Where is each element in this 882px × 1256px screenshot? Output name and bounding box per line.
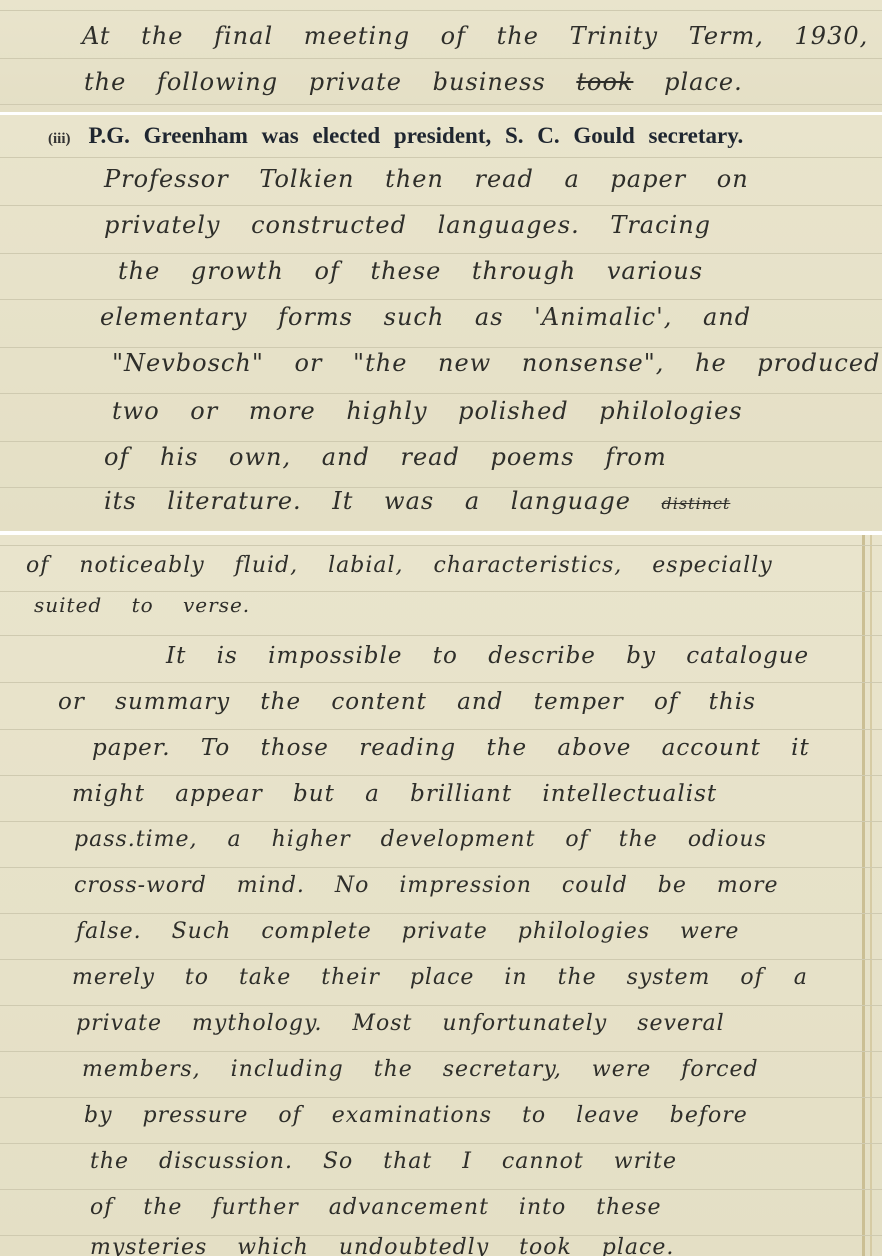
line-text: the growth of these through various — [118, 257, 703, 285]
manuscript-strip-3: of noticeably fluid, labial, characteris… — [0, 535, 882, 1256]
ruled-line — [0, 157, 882, 158]
ruled-line — [0, 205, 882, 206]
item-number: (iii) — [48, 131, 71, 147]
ruled-line — [0, 393, 882, 394]
line-text: At the final meeting of the Trinity Term… — [82, 22, 868, 50]
line-text: elementary forms such as 'Animalic', and — [100, 303, 751, 331]
handwritten-line: elementary forms such as 'Animalic', and — [0, 303, 882, 331]
line-text: merely to take their place in the system… — [72, 965, 808, 990]
election-heading: (iii)P.G. Greenham was elected president… — [0, 123, 882, 149]
line-text: pass.time, a higher development of the o… — [74, 827, 767, 852]
handwritten-line: At the final meeting of the Trinity Term… — [0, 22, 882, 50]
handwritten-line: false. Such complete private philologies… — [0, 919, 882, 944]
line-text: cross-word mind. No impression could be … — [74, 873, 779, 898]
handwritten-line: mysteries which undoubtedly took place. — [0, 1235, 882, 1256]
line-text: or summary the content and temper of thi… — [58, 689, 756, 715]
handwritten-line: It is impossible to describe by catalogu… — [0, 643, 882, 669]
handwritten-line: Professor Tolkien then read a paper on — [0, 165, 882, 193]
handwritten-line: cross-word mind. No impression could be … — [0, 873, 882, 898]
handwritten-line: two or more highly polished philologies — [0, 397, 882, 425]
handwritten-line: might appear but a brilliant intellectua… — [0, 781, 882, 807]
handwritten-line: or summary the content and temper of thi… — [0, 689, 882, 715]
ruled-line — [0, 1097, 882, 1098]
line-text: place. — [664, 68, 743, 96]
struck-word: took — [576, 68, 633, 96]
ruled-line — [0, 58, 882, 59]
ruled-line — [0, 104, 882, 105]
ruled-line — [0, 913, 882, 914]
handwritten-line: of the further advancement into these — [0, 1195, 882, 1220]
line-text: the discussion. So that I cannot write — [90, 1149, 677, 1174]
ruled-line — [0, 635, 882, 636]
manuscript-strip-2: (iii)P.G. Greenham was elected president… — [0, 115, 882, 531]
line-text: Professor Tolkien then read a paper on — [104, 165, 749, 193]
line-text: private mythology. Most unfortunately se… — [76, 1011, 725, 1036]
ruled-line — [0, 591, 882, 592]
handwritten-line: of his own, and read poems from — [0, 443, 882, 471]
line-text: the following private business — [84, 68, 546, 96]
ruled-line — [0, 347, 882, 348]
ruled-line — [0, 441, 882, 442]
line-text: of noticeably fluid, labial, characteris… — [26, 553, 773, 578]
ruled-line — [0, 10, 882, 11]
handwritten-line: private mythology. Most unfortunately se… — [0, 1011, 882, 1036]
handwritten-line: pass.time, a higher development of the o… — [0, 827, 882, 852]
line-text: suited to verse. — [34, 593, 250, 617]
line-text: mysteries which undoubtedly took place. — [90, 1235, 674, 1256]
ruled-line — [0, 1005, 882, 1006]
line-text: by pressure of examinations to leave bef… — [84, 1103, 748, 1128]
line-text: two or more highly polished philologies — [112, 397, 743, 425]
ruled-line — [0, 253, 882, 254]
ruled-line — [0, 867, 882, 868]
handwritten-line: suited to verse. — [0, 593, 882, 617]
ruled-line — [0, 545, 882, 546]
ruled-line — [0, 775, 882, 776]
ruled-line — [0, 1189, 882, 1190]
handwritten-line: merely to take their place in the system… — [0, 965, 882, 990]
handwritten-line: the discussion. So that I cannot write — [0, 1149, 882, 1174]
handwritten-line: of noticeably fluid, labial, characteris… — [0, 553, 882, 578]
ruled-line — [0, 682, 882, 683]
line-text: its literature. It was a language — [104, 487, 631, 515]
line-text: privately constructed languages. Tracing — [104, 211, 711, 239]
line-text: of his own, and read poems from — [104, 443, 667, 471]
handwritten-line: its literature. It was a language distin… — [0, 487, 882, 515]
handwritten-line: the growth of these through various — [0, 257, 882, 285]
ruled-line — [0, 821, 882, 822]
manuscript-strip-1: At the final meeting of the Trinity Term… — [0, 0, 882, 112]
line-text: of the further advancement into these — [90, 1195, 662, 1220]
struck-word: distinct — [662, 494, 731, 513]
line-text: "Nevbosch" or "the new nonsense", he pro… — [112, 349, 880, 377]
heading-text: P.G. Greenham was elected president, S. … — [89, 123, 744, 148]
line-text: members, including the secretary, were f… — [82, 1057, 759, 1082]
line-text: It is impossible to describe by catalogu… — [166, 643, 809, 669]
line-text: might appear but a brilliant intellectua… — [72, 781, 717, 807]
handwritten-line: the following private business took plac… — [0, 68, 882, 96]
ruled-line — [0, 299, 882, 300]
ruled-line — [0, 729, 882, 730]
handwritten-line: "Nevbosch" or "the new nonsense", he pro… — [0, 349, 882, 377]
line-text: false. Such complete private philologies… — [76, 919, 739, 944]
ruled-line — [0, 1051, 882, 1052]
line-text: paper. To those reading the above accoun… — [92, 735, 810, 761]
handwritten-line: paper. To those reading the above accoun… — [0, 735, 882, 761]
ruled-line — [0, 1143, 882, 1144]
handwritten-line: by pressure of examinations to leave bef… — [0, 1103, 882, 1128]
ruled-line — [0, 959, 882, 960]
handwritten-line: members, including the secretary, were f… — [0, 1057, 882, 1082]
handwritten-line: privately constructed languages. Tracing — [0, 211, 882, 239]
